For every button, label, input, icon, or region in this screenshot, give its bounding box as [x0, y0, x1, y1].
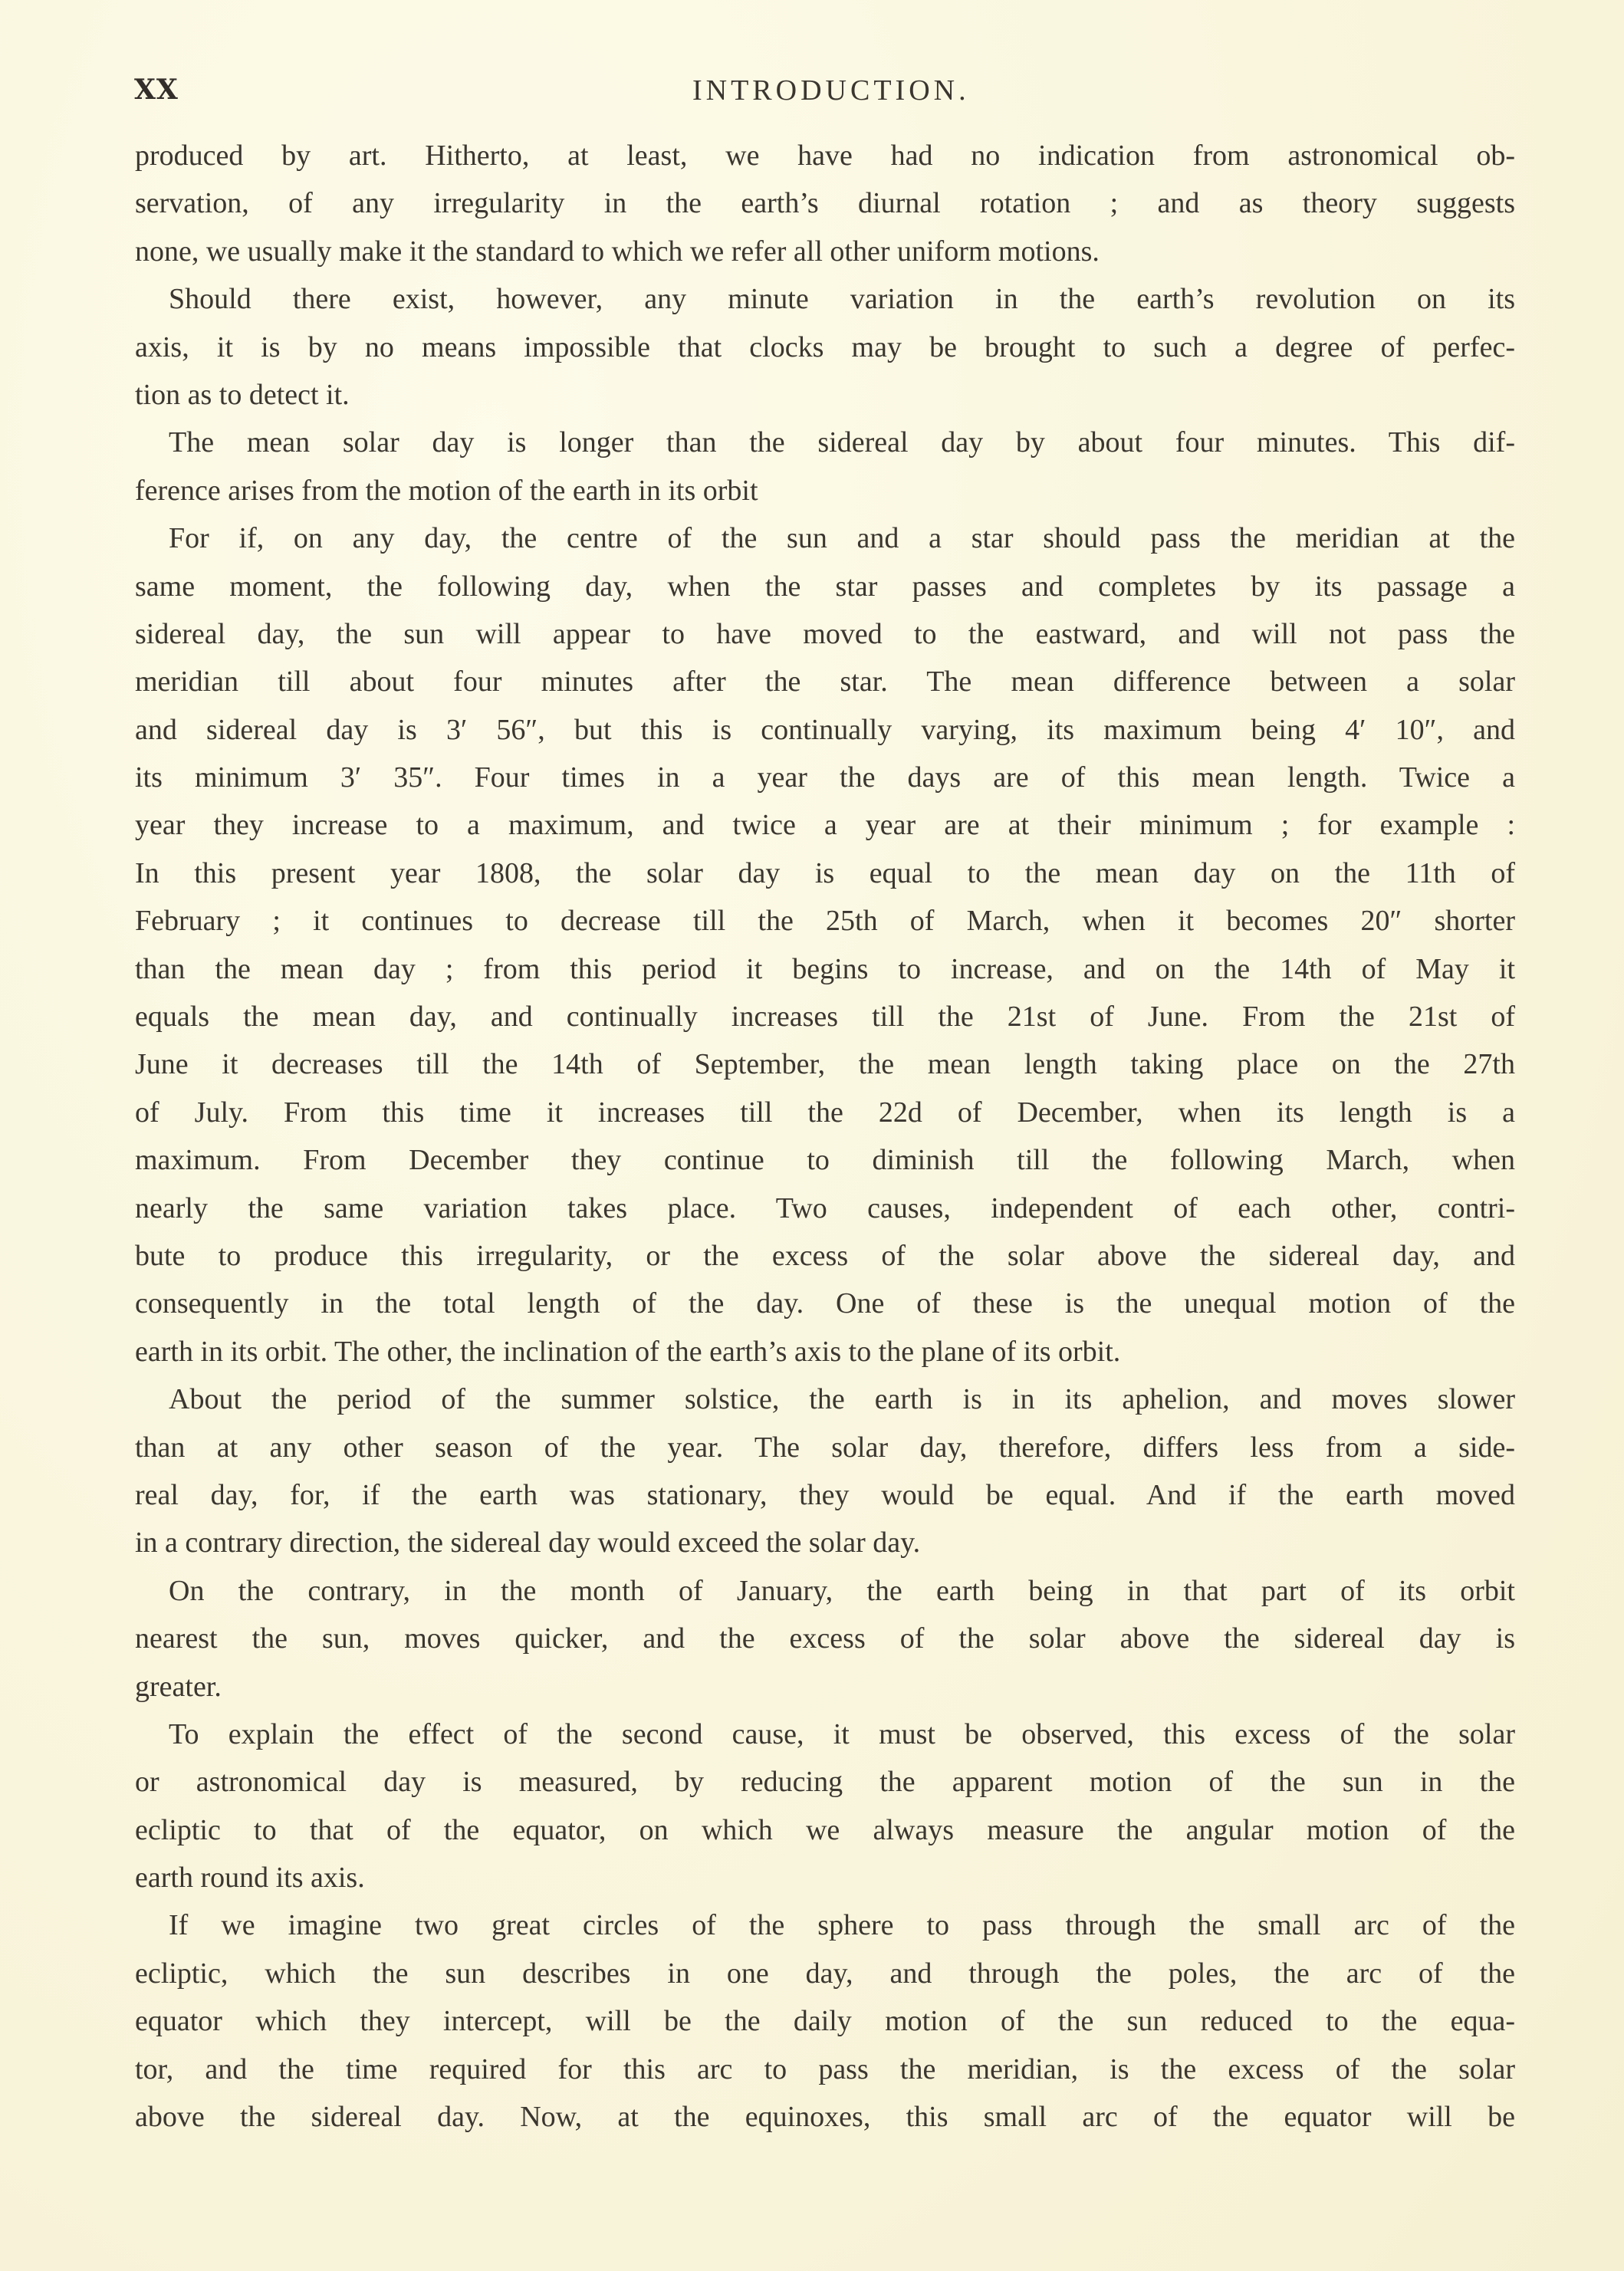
text-line: earth in its orbit. The other, the incli…: [135, 1328, 1515, 1375]
text-line: year they increase to a maximum, and twi…: [135, 801, 1515, 849]
paragraph: If we imagine two great circles of the s…: [135, 1901, 1515, 2141]
text-line: axis, it is by no means impossible that …: [135, 324, 1515, 371]
text-line: ecliptic, which the sun describes in one…: [135, 1950, 1515, 1997]
paragraph: Should there exist, however, any minute …: [135, 275, 1515, 419]
text-line: and sidereal day is 3′ 56″, but this is …: [135, 706, 1515, 754]
body-text: produced by art. Hitherto, at least, we …: [135, 132, 1515, 2141]
text-line: greater.: [135, 1663, 1515, 1711]
text-line: or astronomical day is measured, by redu…: [135, 1758, 1515, 1806]
text-line: same moment, the following day, when the…: [135, 563, 1515, 610]
text-line: June it decreases till the 14th of Septe…: [135, 1040, 1515, 1088]
text-line: nearly the same variation takes place. T…: [135, 1185, 1515, 1232]
paragraph: The mean solar day is longer than the si…: [135, 419, 1515, 514]
paragraph: About the period of the summer solstice,…: [135, 1375, 1515, 1567]
paragraph: produced by art. Hitherto, at least, we …: [135, 132, 1515, 275]
text-line: none, we usually make it the standard to…: [135, 228, 1515, 275]
text-line: ference arises from the motion of the ea…: [135, 467, 1515, 514]
text-line: tion as to detect it.: [135, 371, 1515, 419]
text-line: On the contrary, in the month of January…: [135, 1567, 1515, 1615]
text-line: in a contrary direction, the sidereal da…: [135, 1519, 1515, 1566]
text-line: consequently in the total length of the …: [135, 1280, 1515, 1327]
text-line: In this present year 1808, the solar day…: [135, 850, 1515, 897]
running-title: INTRODUCTION.: [692, 74, 970, 107]
text-line: of July. From this time it increases til…: [135, 1089, 1515, 1136]
text-line: meridian till about four minutes after t…: [135, 658, 1515, 705]
text-line: About the period of the summer solstice,…: [135, 1375, 1515, 1423]
text-line: The mean solar day is longer than the si…: [135, 419, 1515, 466]
paragraph: To explain the effect of the second caus…: [135, 1711, 1515, 1902]
text-line: equator which they intercept, will be th…: [135, 1997, 1515, 2045]
running-head: XX INTRODUCTION.: [134, 74, 1514, 112]
text-line: earth round its axis.: [135, 1854, 1515, 1901]
text-line: bute to produce this irregularity, or th…: [135, 1232, 1515, 1280]
text-line: tor, and the time required for this arc …: [135, 2046, 1515, 2093]
text-line: servation, of any irregularity in the ea…: [135, 179, 1515, 227]
text-line: its minimum 3′ 35″. Four times in a year…: [135, 754, 1515, 801]
paragraph: On the contrary, in the month of January…: [135, 1567, 1515, 1711]
text-line: ecliptic to that of the equator, on whic…: [135, 1806, 1515, 1854]
text-line: Should there exist, however, any minute …: [135, 275, 1515, 323]
paragraph: For if, on any day, the centre of the su…: [135, 514, 1515, 1375]
text-line: February ; it continues to decrease till…: [135, 897, 1515, 945]
text-line: To explain the effect of the second caus…: [135, 1711, 1515, 1758]
text-line: produced by art. Hitherto, at least, we …: [135, 132, 1515, 179]
text-line: nearest the sun, moves quicker, and the …: [135, 1615, 1515, 1662]
text-line: sidereal day, the sun will appear to hav…: [135, 610, 1515, 658]
text-line: than at any other season of the year. Th…: [135, 1424, 1515, 1471]
text-line: For if, on any day, the centre of the su…: [135, 514, 1515, 562]
text-line: than the mean day ; from this period it …: [135, 945, 1515, 993]
text-line: real day, for, if the earth was stationa…: [135, 1471, 1515, 1519]
text-line: equals the mean day, and continually inc…: [135, 993, 1515, 1040]
text-line: maximum. From December they continue to …: [135, 1136, 1515, 1184]
book-page: XX INTRODUCTION. produced by art. Hither…: [0, 0, 1624, 2271]
text-line: above the sidereal day. Now, at the equi…: [135, 2093, 1515, 2141]
page-number: XX: [134, 74, 179, 106]
text-line: If we imagine two great circles of the s…: [135, 1901, 1515, 1949]
